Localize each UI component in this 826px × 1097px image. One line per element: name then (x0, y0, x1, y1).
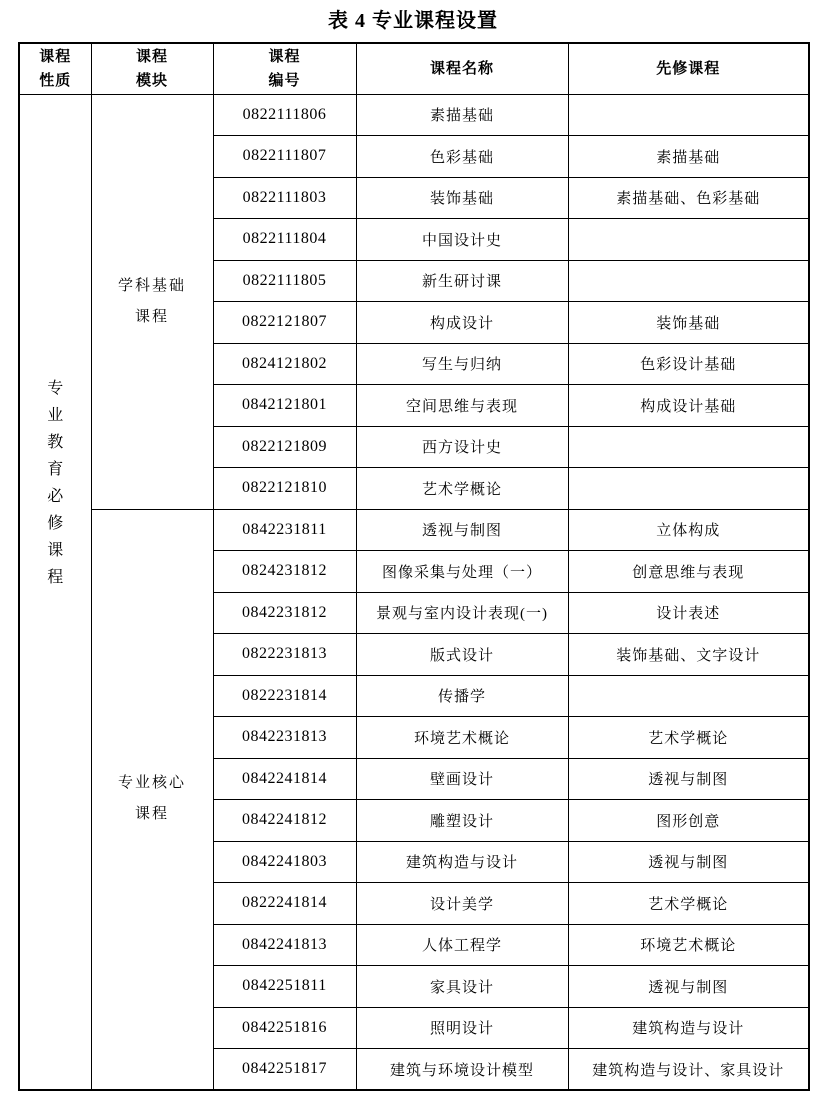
course-name-cell: 雕塑设计 (356, 800, 568, 842)
prerequisite-cell (568, 426, 809, 468)
table-row: 专业核心课程0842231811透视与制图立体构成 (19, 509, 809, 551)
course-code-cell: 0842241814 (213, 758, 356, 800)
course-name-cell: 照明设计 (356, 1007, 568, 1049)
course-name-cell: 建筑构造与设计 (356, 841, 568, 883)
course-name-cell: 构成设计 (356, 302, 568, 344)
course-name-cell: 建筑与环境设计模型 (356, 1049, 568, 1091)
header-course-nature: 课程性质 (19, 43, 91, 94)
course-code-cell: 0824231812 (213, 551, 356, 593)
course-name-cell: 景观与室内设计表现(一) (356, 592, 568, 634)
prerequisite-cell: 环境艺术概论 (568, 924, 809, 966)
prerequisite-cell: 艺术学概论 (568, 883, 809, 925)
course-name-cell: 空间思维与表现 (356, 385, 568, 427)
course-name-cell: 新生研讨课 (356, 260, 568, 302)
header-course-name: 课程名称 (356, 43, 568, 94)
prerequisite-cell: 装饰基础 (568, 302, 809, 344)
prerequisite-cell: 色彩设计基础 (568, 343, 809, 385)
prerequisite-cell: 创意思维与表现 (568, 551, 809, 593)
header-course-code: 课程编号 (213, 43, 356, 94)
course-code-cell: 0842251817 (213, 1049, 356, 1091)
module-cell: 专业核心课程 (91, 509, 213, 1090)
prerequisite-cell: 透视与制图 (568, 841, 809, 883)
course-code-cell: 0822121809 (213, 426, 356, 468)
vertical-char: 修 (20, 510, 91, 537)
header-label-line: 课程 (20, 45, 91, 69)
header-label-line: 编号 (214, 69, 356, 93)
table-body: 专业教育必修课程学科基础课程0822111806素描基础0822111807色彩… (19, 94, 809, 1090)
header-label-line: 模块 (92, 69, 213, 93)
document-page: 表 4 专业课程设置 课程性质 课程模块 课程编号 课程名称 先修课程 专业教育… (0, 0, 826, 1097)
course-name-cell: 版式设计 (356, 634, 568, 676)
course-code-cell: 0842231813 (213, 717, 356, 759)
course-name-cell: 色彩基础 (356, 136, 568, 178)
vertical-char: 专 (20, 375, 91, 402)
module-label-line: 课程 (92, 799, 213, 830)
prerequisite-cell: 建筑构造与设计、家具设计 (568, 1049, 809, 1091)
course-code-cell: 0842251811 (213, 966, 356, 1008)
course-name-cell: 西方设计史 (356, 426, 568, 468)
course-name-cell: 人体工程学 (356, 924, 568, 966)
header-label-line: 性质 (20, 69, 91, 93)
course-code-cell: 0822111805 (213, 260, 356, 302)
course-code-cell: 0824121802 (213, 343, 356, 385)
course-code-cell: 0842251816 (213, 1007, 356, 1049)
prerequisite-cell (568, 219, 809, 261)
prerequisite-cell: 透视与制图 (568, 966, 809, 1008)
prerequisite-cell: 素描基础、色彩基础 (568, 177, 809, 219)
course-name-cell: 艺术学概论 (356, 468, 568, 510)
header-course-module: 课程模块 (91, 43, 213, 94)
header-label-line: 课程名称 (357, 57, 568, 81)
header-label-line: 课程 (214, 45, 356, 69)
vertical-char: 业 (20, 402, 91, 429)
course-code-cell: 0822111807 (213, 136, 356, 178)
vertical-char: 育 (20, 456, 91, 483)
module-label-line: 专业核心 (92, 768, 213, 799)
course-code-cell: 0822121810 (213, 468, 356, 510)
prerequisite-cell (568, 260, 809, 302)
course-code-cell: 0842121801 (213, 385, 356, 427)
vertical-char: 必 (20, 483, 91, 510)
prerequisite-cell (568, 468, 809, 510)
module-label-line: 学科基础 (92, 271, 213, 302)
vertical-char: 课 (20, 537, 91, 564)
course-code-cell: 0822231813 (213, 634, 356, 676)
prerequisite-cell: 立体构成 (568, 509, 809, 551)
course-code-cell: 0842231812 (213, 592, 356, 634)
prerequisite-cell (568, 94, 809, 136)
prerequisite-cell: 建筑构造与设计 (568, 1007, 809, 1049)
header-prerequisites: 先修课程 (568, 43, 809, 94)
vertical-char: 程 (20, 564, 91, 591)
header-label-line: 课程 (92, 45, 213, 69)
course-code-cell: 0842231811 (213, 509, 356, 551)
prerequisite-cell (568, 675, 809, 717)
course-name-cell: 写生与归纳 (356, 343, 568, 385)
table-header: 课程性质 课程模块 课程编号 课程名称 先修课程 (19, 43, 809, 94)
vertical-char: 教 (20, 429, 91, 456)
prerequisite-cell: 装饰基础、文字设计 (568, 634, 809, 676)
course-table: 课程性质 课程模块 课程编号 课程名称 先修课程 专业教育必修课程学科基础课程0… (18, 42, 810, 1091)
course-code-cell: 0842241812 (213, 800, 356, 842)
prerequisite-cell: 构成设计基础 (568, 385, 809, 427)
header-label-line: 先修课程 (569, 57, 809, 81)
course-code-cell: 0822111806 (213, 94, 356, 136)
course-code-cell: 0842241813 (213, 924, 356, 966)
prerequisite-cell: 透视与制图 (568, 758, 809, 800)
course-code-cell: 0822111804 (213, 219, 356, 261)
course-name-cell: 装饰基础 (356, 177, 568, 219)
course-nature-vertical-text: 专业教育必修课程 (20, 375, 91, 591)
prerequisite-cell: 素描基础 (568, 136, 809, 178)
course-name-cell: 设计美学 (356, 883, 568, 925)
course-name-cell: 透视与制图 (356, 509, 568, 551)
course-code-cell: 0822111803 (213, 177, 356, 219)
course-nature-cell: 专业教育必修课程 (19, 94, 91, 1090)
course-name-cell: 图像采集与处理（一） (356, 551, 568, 593)
prerequisite-cell: 艺术学概论 (568, 717, 809, 759)
table-row: 专业教育必修课程学科基础课程0822111806素描基础 (19, 94, 809, 136)
table-title: 表 4 专业课程设置 (18, 0, 808, 42)
course-name-cell: 中国设计史 (356, 219, 568, 261)
course-name-cell: 素描基础 (356, 94, 568, 136)
course-name-cell: 壁画设计 (356, 758, 568, 800)
course-code-cell: 0822231814 (213, 675, 356, 717)
course-code-cell: 0822121807 (213, 302, 356, 344)
course-name-cell: 传播学 (356, 675, 568, 717)
module-label-line: 课程 (92, 302, 213, 333)
course-name-cell: 家具设计 (356, 966, 568, 1008)
module-cell: 学科基础课程 (91, 94, 213, 509)
course-code-cell: 0822241814 (213, 883, 356, 925)
course-name-cell: 环境艺术概论 (356, 717, 568, 759)
course-code-cell: 0842241803 (213, 841, 356, 883)
header-row: 课程性质 课程模块 课程编号 课程名称 先修课程 (19, 43, 809, 94)
prerequisite-cell: 图形创意 (568, 800, 809, 842)
prerequisite-cell: 设计表述 (568, 592, 809, 634)
